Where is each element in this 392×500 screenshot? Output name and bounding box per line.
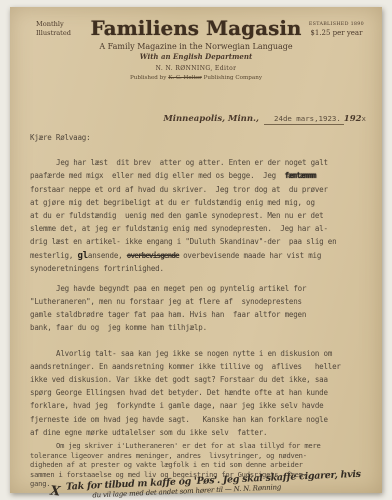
typed-line: slemme det, at jeg er fuldstænig enig me… (30, 224, 372, 237)
typed-segment: overbevisende maade har vist mig (179, 251, 321, 260)
dateline-printed-year: 192 (344, 114, 362, 124)
typed-line: af dine egne mørke udtalelser som du ikk… (30, 428, 372, 441)
typed-line: Jeg har læst dit brev atter og atter. En… (30, 158, 372, 171)
ink-corrected-letters: gl (77, 251, 87, 261)
typed-line: paafærde med migx eller med dig eller me… (30, 171, 372, 184)
typed-line: tolerance ligeover andres meninger, andr… (30, 451, 372, 461)
typed-line: fjerneste ide om hvad jeg havde sagt. Ka… (30, 415, 372, 428)
editor-line: N. N. RØNNING, Editor (10, 65, 382, 73)
publisher-suffix: Publishing Company (202, 75, 262, 81)
dateline: Minneapolis, Minn., 24de mars,1923.192x (163, 106, 366, 125)
scanned-letter: Monthly Illustrated ESTABLISHED 1890 $1.… (0, 0, 392, 500)
letterhead: Familiens Magasin A Family Magazine in t… (10, 17, 382, 82)
typed-line: synoderetningens fortrinlighed. (30, 264, 372, 277)
typed-segment: mesterlig, (30, 251, 77, 260)
typed-line: ikke ved diskusion. Var ikke det godt sa… (30, 375, 372, 388)
typed-line: Alvorlig talt- saa kan jeg ikke se nogen… (30, 349, 372, 362)
publisher-line: Published by K. C. Holter Publishing Com… (10, 75, 382, 82)
spacer (30, 277, 372, 284)
salutation: Kjære Rølvaag: (30, 133, 372, 146)
typed-line: mesterlig, glansende, overbevisgende ove… (30, 251, 372, 264)
typed-segment: ansende, (88, 251, 127, 260)
magazine-subtitle2: With an English Department (10, 52, 382, 61)
typed-line: drig læst en artikel- ikke engang i "Dul… (30, 237, 372, 250)
magazine-subtitle: A Family Magazine in the Norwegian Langu… (10, 42, 382, 52)
typed-line: Jeg havde begyndt paa en meget pen og py… (30, 284, 372, 297)
dateline-city: Minneapolis, Minn., (163, 114, 259, 124)
magazine-title: Familiens Magasin (10, 17, 382, 39)
typed-line: at du er fuldstændig uenig med den gamle… (30, 211, 372, 224)
spacer (30, 146, 372, 158)
publisher-struck-name: K. C. Holter (168, 75, 202, 81)
typed-line: Om jeg skriver i'Lutheraneren' er det fo… (30, 441, 372, 451)
typed-line: "Lutheraneren", men nu forstaar jeg at f… (30, 297, 372, 310)
typed-line: spørg George Ellingsen hvad det betyder.… (30, 388, 372, 401)
letter-paper: Monthly Illustrated ESTABLISHED 1890 $1.… (10, 7, 382, 493)
dateline-typed-x: x (362, 114, 366, 123)
struck-out-word: overbevisgende (127, 251, 179, 260)
typed-line: forklare, hvad jeg forkyndte i gamle dag… (30, 401, 372, 414)
typed-line: forstaar neppe et ord af hvad du skriver… (30, 185, 372, 198)
typed-line: bank, faar du og jeg komme ham tilhjælp. (30, 323, 372, 336)
typed-line: at gjøre mig det begribeligt at du er fu… (30, 198, 372, 211)
overstruck-word: fæmtæmmm (285, 171, 316, 180)
typed-line: aandsretninger. En aandsretning kommer i… (30, 362, 372, 375)
typed-segment: paafærde med migx eller med dig eller me… (30, 171, 285, 180)
handwritten-x-mark: X (49, 484, 60, 500)
typed-line: digheden af at prester og vakte lægfolk … (30, 460, 372, 470)
spacer (30, 337, 372, 349)
typed-line: gamle staldbrødre tager fat paa ham. Hvi… (30, 310, 372, 323)
dateline-typed-date: 24de mars,1923. (264, 114, 344, 125)
publisher-prefix: Published by (130, 75, 168, 81)
letter-body: Kjære Rølvaag: Jeg har læst dit brev att… (30, 133, 372, 489)
